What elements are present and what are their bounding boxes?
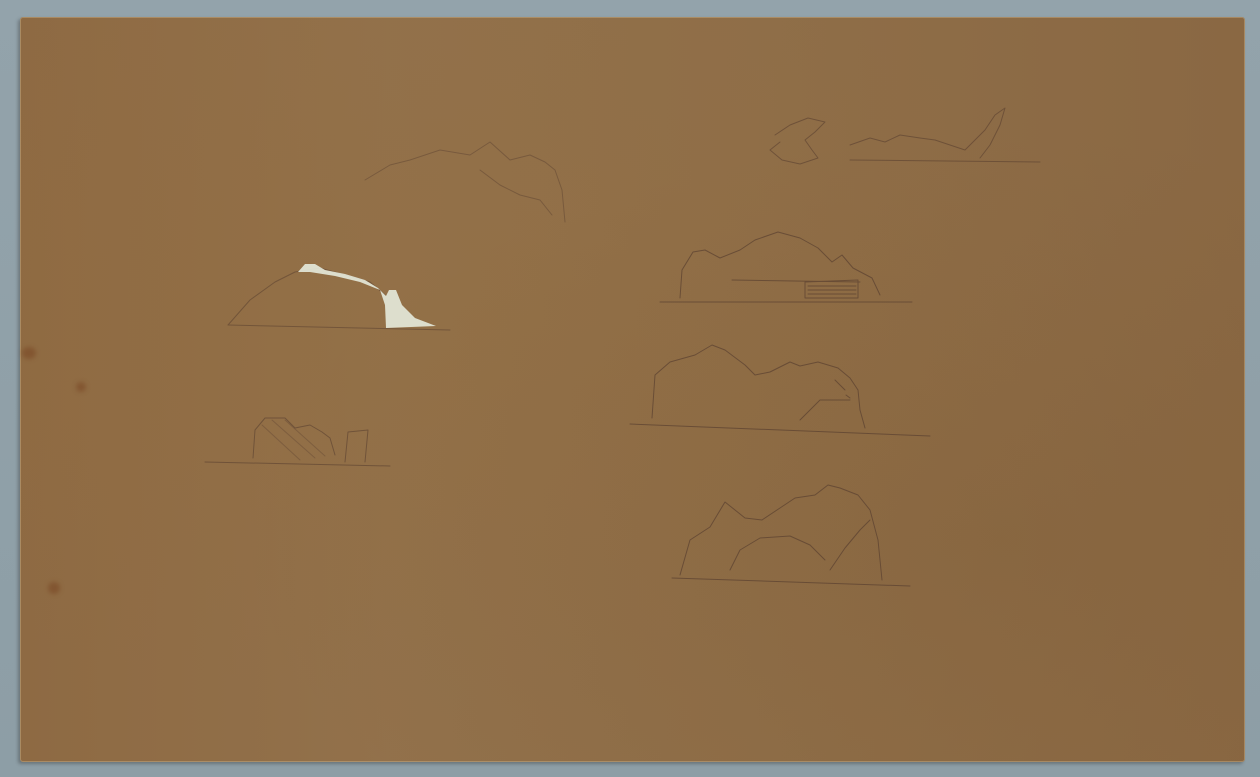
sketch-layer bbox=[20, 17, 1245, 762]
small-iceberg-left bbox=[205, 418, 390, 466]
faint-iceberg-top-left bbox=[365, 142, 565, 222]
paper-sheet bbox=[20, 17, 1245, 762]
iceberg-right-2 bbox=[630, 345, 930, 436]
clouds-top-right bbox=[770, 108, 1040, 164]
iceberg-right-1 bbox=[660, 232, 912, 302]
white-highlight bbox=[298, 264, 436, 328]
iceberg-arch-right-3 bbox=[672, 485, 910, 586]
